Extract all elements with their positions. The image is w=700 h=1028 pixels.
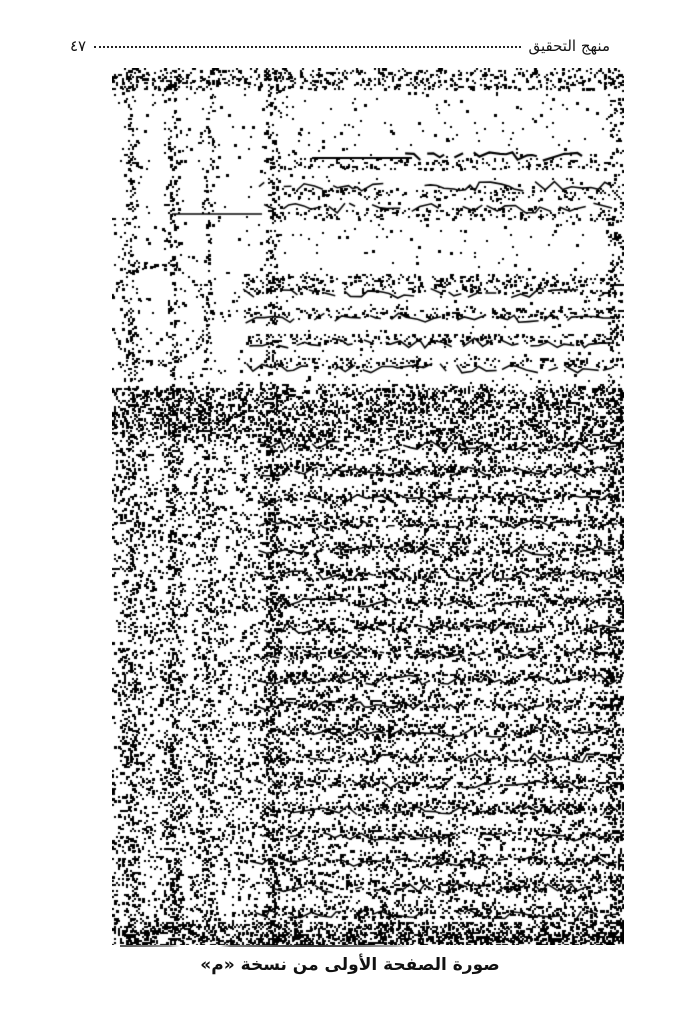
manuscript-image <box>112 68 624 945</box>
running-header: منهج التحقيق ٤٧ <box>70 37 610 61</box>
dot-leader <box>94 36 520 48</box>
image-bottom-rule <box>120 945 620 947</box>
page-number: ٤٧ <box>70 37 86 55</box>
chapter-title: منهج التحقيق <box>529 37 611 55</box>
figure-caption: صورة الصفحة الأولى من نسخة «م» <box>0 955 700 975</box>
manuscript-scan <box>112 68 624 945</box>
